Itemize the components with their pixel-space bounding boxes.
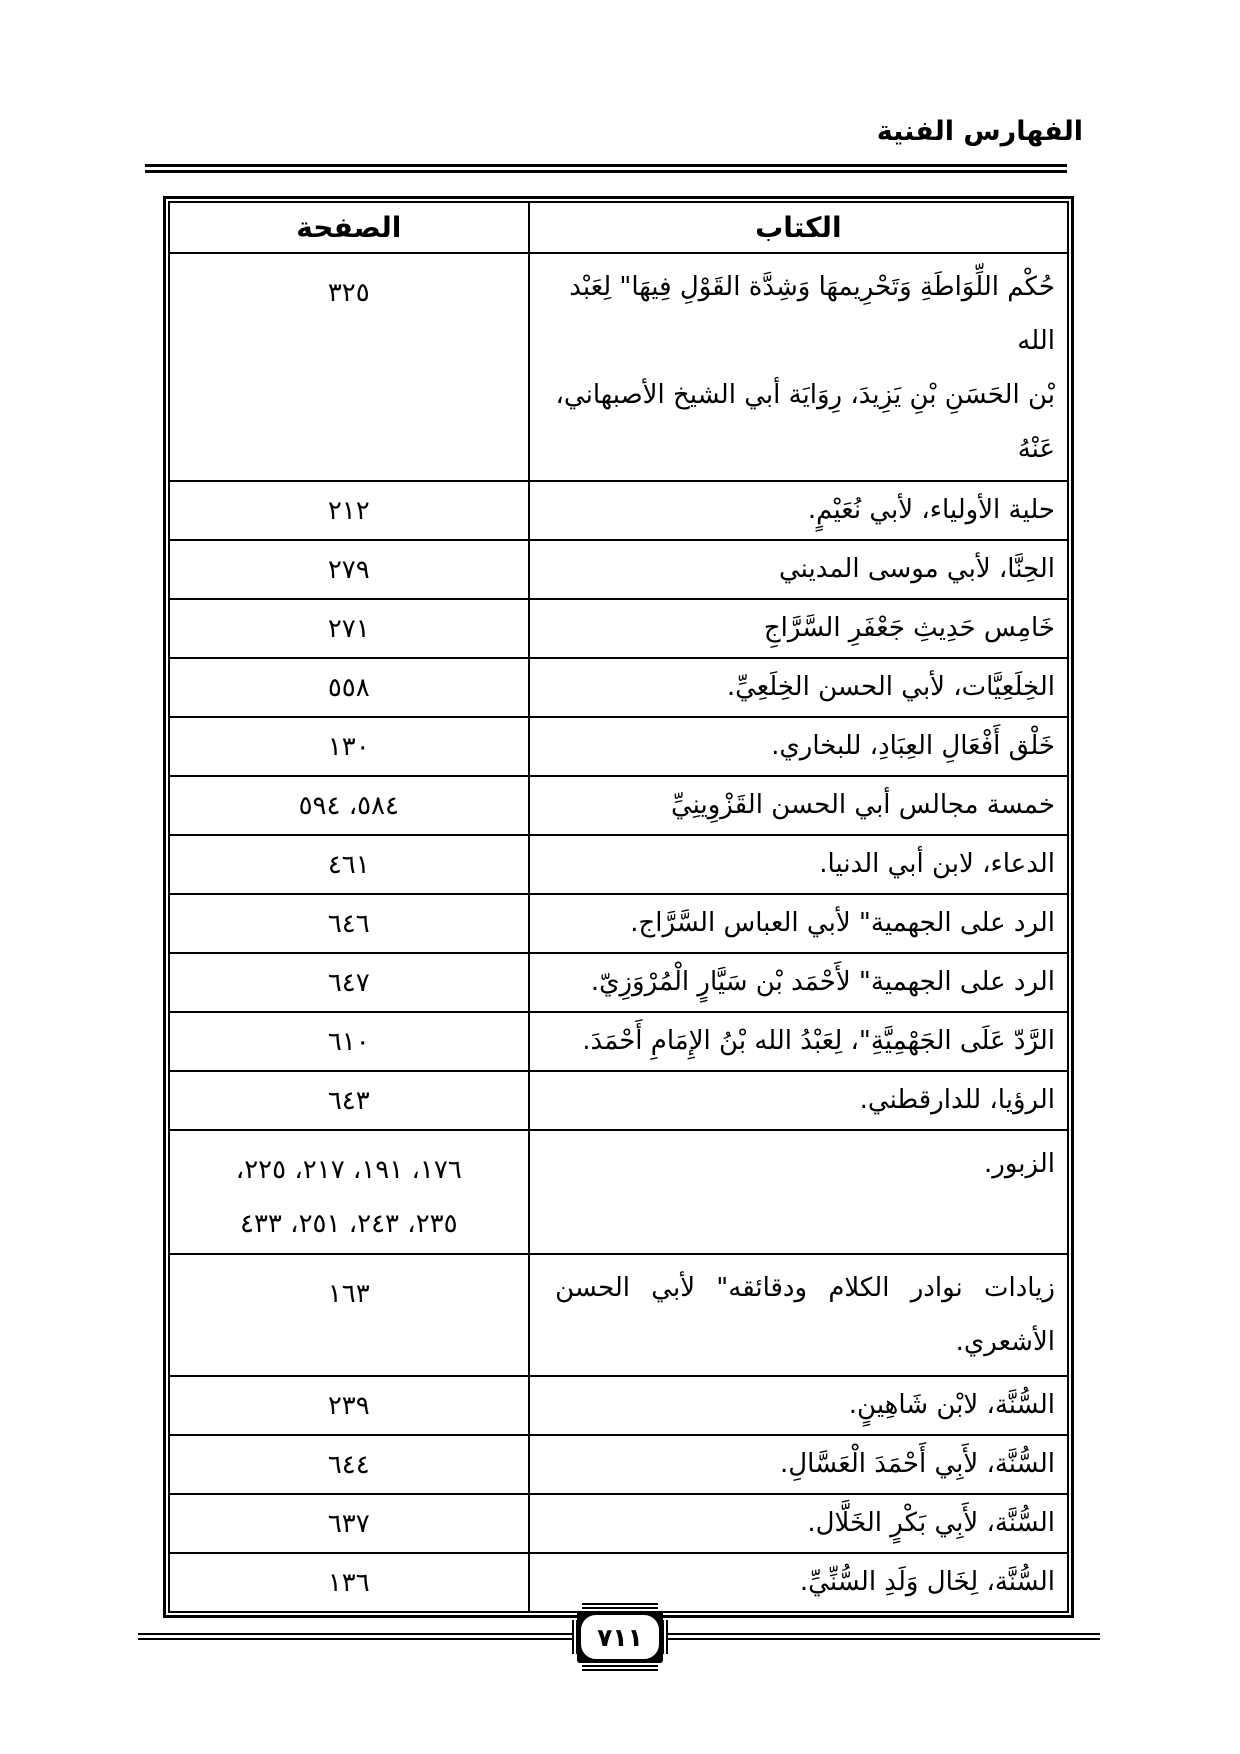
book-title-cell: الدعاء، لابن أبي الدنيا.: [529, 835, 1068, 894]
table-row: حلية الأولياء، لأبي نُعَيْمٍ. ٢١٢: [169, 481, 1068, 540]
document-page: الفهارس الفنية الكتاب الصفحة حُكْم اللِّ…: [0, 0, 1240, 1754]
column-header-page: الصفحة: [169, 202, 529, 253]
book-title-cell: الرد على الجهمية" لأبي العباس السَّرَّاج…: [529, 894, 1068, 953]
page-number-cell: ١٣٠: [169, 717, 529, 776]
badge-bottom-ornament: [582, 1665, 658, 1671]
table-row: خَامِس حَدِيثِ جَعْفَرِ السَّرَّاجِ ٢٧١: [169, 599, 1068, 658]
page-number-cell: ٦١٠: [169, 1012, 529, 1071]
page-number-cell: ٢٧١: [169, 599, 529, 658]
page-number-cell: ١٧٦، ١٩١، ٢١٧، ٢٢٥، ٢٣٥، ٢٤٣، ٢٥١، ٤٣٣: [169, 1130, 529, 1254]
book-title-cell: السُّنَّة، لابْن شَاهِينٍ.: [529, 1376, 1068, 1435]
page-number-cell: ١٣٦: [169, 1553, 529, 1612]
books-index-table: الكتاب الصفحة حُكْم اللِّوَاطَةِ وَتَحْر…: [163, 196, 1074, 1618]
table-row: الخِلَعِيَّات، لأبي الحسن الخِلَعِيِّ. ٥…: [169, 658, 1068, 717]
book-title-cell: خَلْق أَفْعَالِ العِبَادِ، للبخاري.: [529, 717, 1068, 776]
page-number: ٧١١: [579, 1613, 661, 1661]
table-row: الرؤيا، للدارقطني. ٦٤٣: [169, 1071, 1068, 1130]
page-number-cell: ٢٧٩: [169, 540, 529, 599]
book-title-cell: خمسة مجالس أبي الحسن القَزْوِينِيِّ: [529, 776, 1068, 835]
page-number-cell: ٦٤٤: [169, 1435, 529, 1494]
page-header-title: الفهارس الفنية: [877, 116, 1083, 147]
table-row: زيادات نوادر الكلام ودقائقه" لأبي الحسن …: [169, 1254, 1068, 1376]
book-title-cell: السُّنَّة، لأَبِي أَحْمَدَ الْعَسَّالِ.: [529, 1435, 1068, 1494]
book-title-cell: حُكْم اللِّوَاطَةِ وَتَحْرِيمهَا وَشِدَّ…: [529, 253, 1068, 481]
book-title-cell: حلية الأولياء، لأبي نُعَيْمٍ.: [529, 481, 1068, 540]
page-number-cell: ٦٤٦: [169, 894, 529, 953]
book-title-cell: السُّنَّة، لأَبِي بَكْرٍ الخَلَّال.: [529, 1494, 1068, 1553]
page-number-cell: ١٦٣: [169, 1254, 529, 1376]
header-divider-rule: [145, 164, 1067, 173]
table-row: الرَّدّ عَلَى الجَهْمِيَّةِ"، لِعَبْدُ ا…: [169, 1012, 1068, 1071]
table-row: خمسة مجالس أبي الحسن القَزْوِينِيِّ ٥٨٤،…: [169, 776, 1068, 835]
page-number-cell: ٦٤٣: [169, 1071, 529, 1130]
table-row: السُّنَّة، لابْن شَاهِينٍ. ٢٣٩: [169, 1376, 1068, 1435]
page-number-cell: ٣٢٥: [169, 253, 529, 481]
column-header-book: الكتاب: [529, 202, 1068, 253]
table-row: السُّنَّة، لأَبِي بَكْرٍ الخَلَّال. ٦٣٧: [169, 1494, 1068, 1553]
book-title-cell: الرَّدّ عَلَى الجَهْمِيَّةِ"، لِعَبْدُ ا…: [529, 1012, 1068, 1071]
page-number-cell: ٦٤٧: [169, 953, 529, 1012]
book-title-cell: الزبور.: [529, 1130, 1068, 1254]
book-title-cell: خَامِس حَدِيثِ جَعْفَرِ السَّرَّاجِ: [529, 599, 1068, 658]
badge-top-ornament: [582, 1603, 658, 1609]
book-title-cell: الخِلَعِيَّات، لأبي الحسن الخِلَعِيِّ.: [529, 658, 1068, 717]
table-row: الدعاء، لابن أبي الدنيا. ٤٦١: [169, 835, 1068, 894]
table-row: الرد على الجهمية" لأَحْمَد بْن سَيَّارٍ …: [169, 953, 1068, 1012]
table-header-row: الكتاب الصفحة: [169, 202, 1068, 253]
page-number-badge: ٧١١: [572, 1603, 668, 1671]
page-number-cell: ٢٣٩: [169, 1376, 529, 1435]
table-row: خَلْق أَفْعَالِ العِبَادِ، للبخاري. ١٣٠: [169, 717, 1068, 776]
table-row: حُكْم اللِّوَاطَةِ وَتَحْرِيمهَا وَشِدَّ…: [169, 253, 1068, 481]
page-number-cell: ٤٦١: [169, 835, 529, 894]
book-title-cell: الرؤيا، للدارقطني.: [529, 1071, 1068, 1130]
table-row: الحِنَّا، لأبي موسى المديني ٢٧٩: [169, 540, 1068, 599]
page-number-cell: ٥٥٨: [169, 658, 529, 717]
table-row: الرد على الجهمية" لأبي العباس السَّرَّاج…: [169, 894, 1068, 953]
table-row: الزبور. ١٧٦، ١٩١، ٢١٧، ٢٢٥، ٢٣٥، ٢٤٣، ٢٥…: [169, 1130, 1068, 1254]
book-title-cell: الرد على الجهمية" لأَحْمَد بْن سَيَّارٍ …: [529, 953, 1068, 1012]
page-number-cell: ٦٣٧: [169, 1494, 529, 1553]
page-number-cell: ٥٨٤، ٥٩٤: [169, 776, 529, 835]
book-title-cell: الحِنَّا، لأبي موسى المديني: [529, 540, 1068, 599]
book-title-cell: زيادات نوادر الكلام ودقائقه" لأبي الحسن …: [529, 1254, 1068, 1376]
page-number-cell: ٢١٢: [169, 481, 529, 540]
table-row: السُّنَّة، لأَبِي أَحْمَدَ الْعَسَّالِ. …: [169, 1435, 1068, 1494]
